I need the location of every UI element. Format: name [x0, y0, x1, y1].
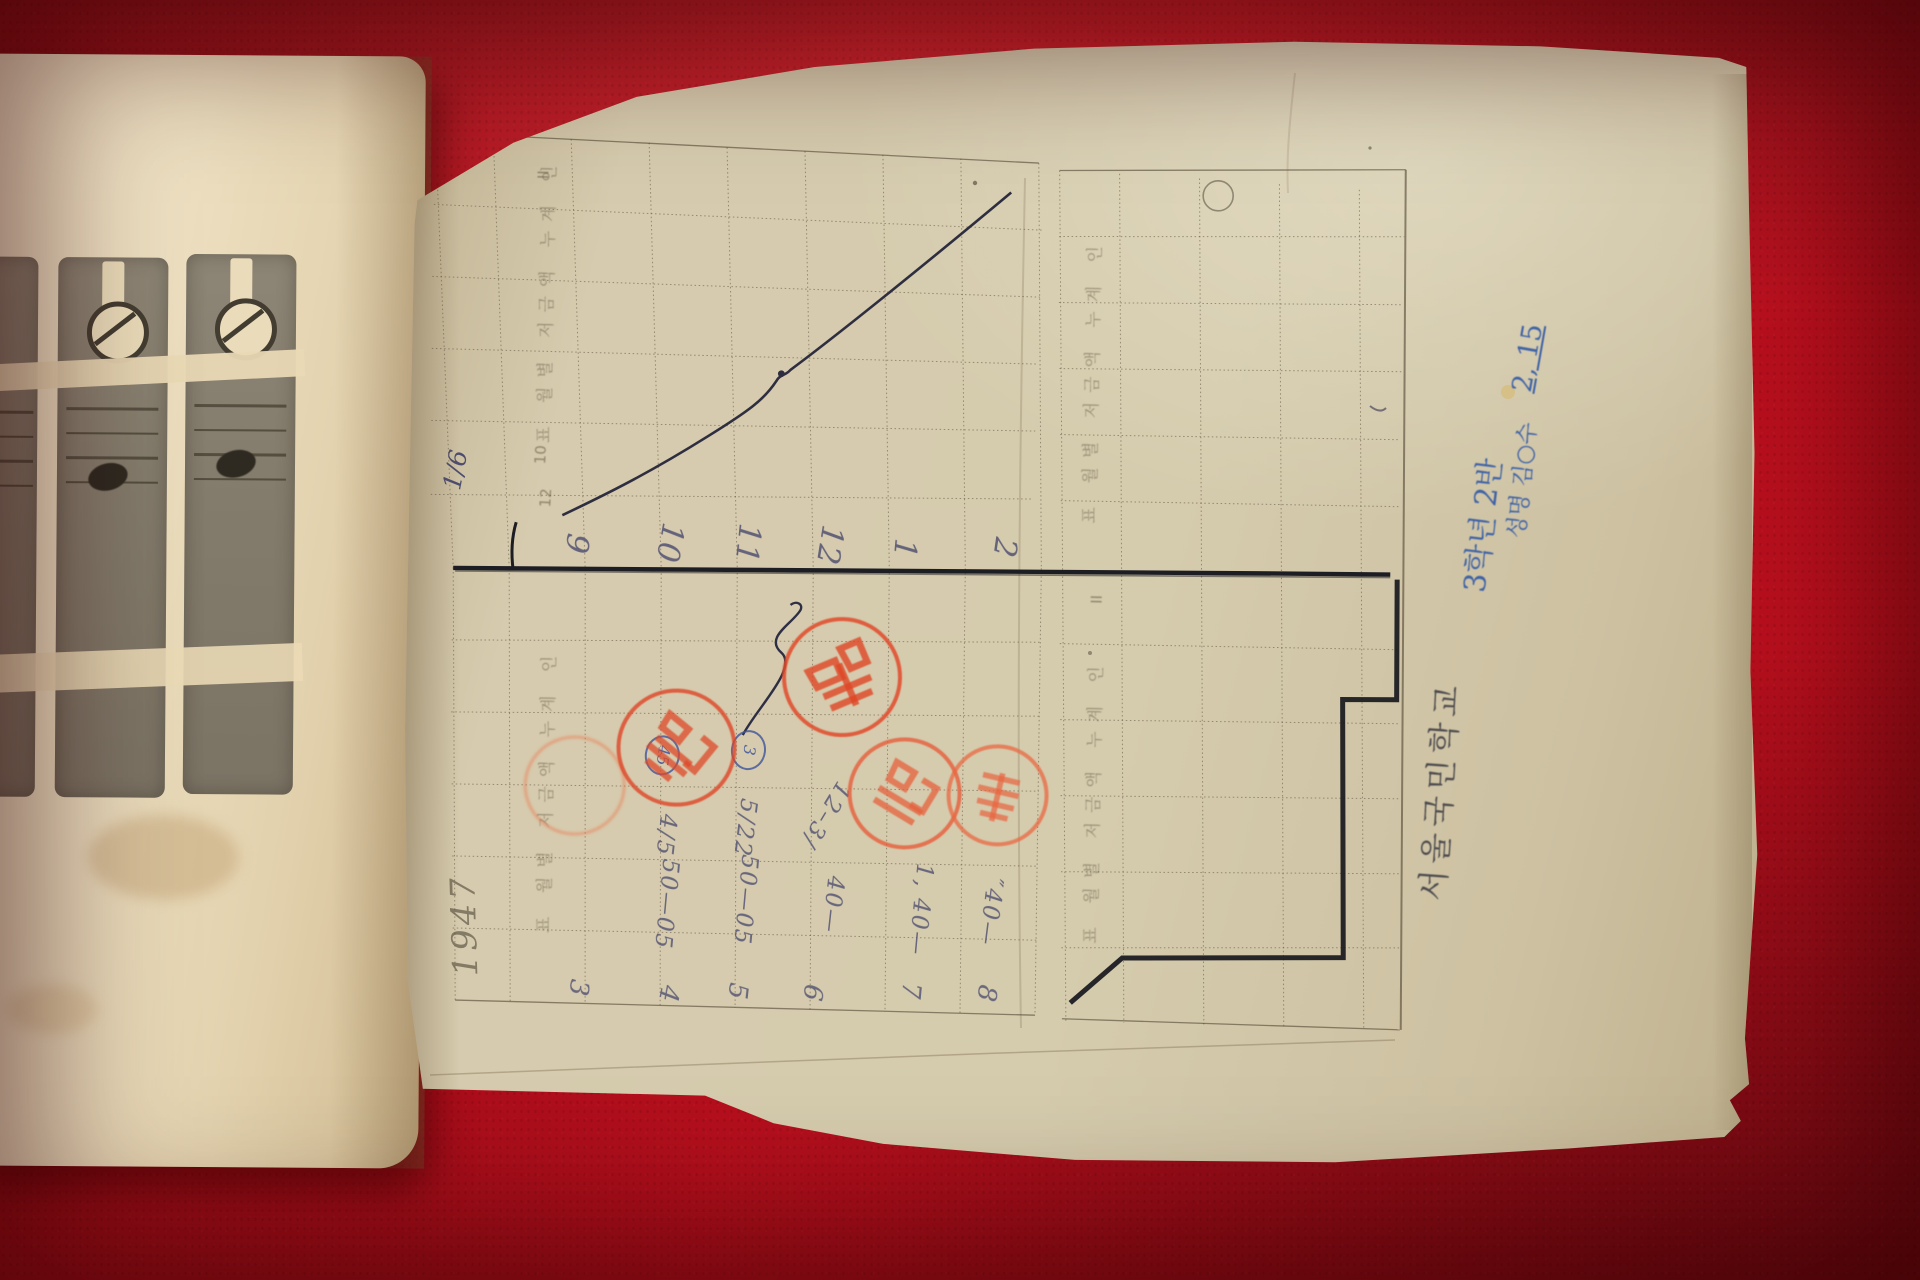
age-stain — [88, 814, 239, 900]
seal-stamp-icon — [846, 736, 962, 850]
name-handwriting: 성명 김○수 — [1498, 420, 1543, 539]
month-number: 11 — [728, 522, 768, 565]
month-number: 10 — [649, 520, 691, 565]
printed-strip-illustration — [183, 254, 297, 795]
printed-scale-number: 12 — [536, 488, 555, 508]
printed-scale-number: 10 — [531, 445, 550, 465]
printed-strip-illustration — [55, 257, 169, 798]
month-number: 1 — [886, 537, 924, 560]
school-name-handwriting: 서울국민학교 — [1407, 678, 1468, 902]
entry-date: 4/5 — [650, 813, 680, 859]
seal-stamp-icon — [946, 743, 1050, 847]
savings-record-form: 표 월별 저금액 누계 인 표 월별 저금액 누계 인 표 월별 저금액 누계 … — [395, 100, 1425, 1081]
row-number: 7 — [895, 981, 926, 1000]
left-page — [0, 53, 426, 1168]
row-number: 5 — [722, 981, 754, 1001]
page-edge-shading — [1712, 74, 1752, 1130]
right-page: 표 월별 저금액 누계 인 표 월별 저금액 누계 인 표 월별 저금액 누계 … — [390, 28, 1760, 1176]
row-number: 3 — [563, 978, 595, 998]
date-handwriting: 2, 15 — [1507, 321, 1549, 394]
printed-strip-illustration — [0, 257, 38, 797]
bold-step-line — [1070, 573, 1399, 1010]
circle-mark — [1203, 181, 1234, 212]
section-mark: II — [534, 170, 552, 179]
seal-stamp-icon — [615, 687, 737, 807]
seal-stamp-icon — [781, 616, 903, 738]
age-stain — [7, 984, 97, 1035]
month-number: 12 — [809, 522, 851, 567]
section-mark: II — [1088, 595, 1106, 604]
circle-slash-emblem-icon — [87, 301, 149, 363]
photo-of-savings-booklet: 표 월별 저금액 누계 인 표 월별 저금액 누계 인 표 월별 저금액 누계 … — [0, 0, 1920, 1280]
